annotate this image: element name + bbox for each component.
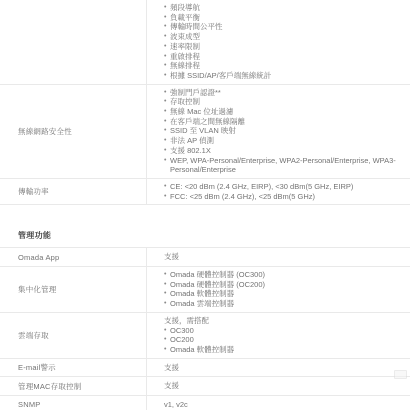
spec-page: 頻段導航負載平衡傳輸時間公平性波束成型速率限制重啟排程無線排程根據 SSID/A… [0, 0, 410, 410]
spec-row-value: 支援 [147, 248, 410, 266]
value-bullet-item: 在客戶端之間無線隔離 [164, 117, 404, 127]
value-text: v1, v2c [164, 400, 188, 410]
value-bullet-item: 重啟排程 [164, 52, 404, 62]
value-bullet-item: 頻段導航 [164, 3, 404, 13]
value-bullet-item: OC300 [164, 326, 404, 336]
spec-row-label: 集中化管理 [0, 267, 147, 312]
value-lead-text: 支援，需搭配 [164, 316, 404, 326]
spec-row: 無線網路安全性強制門戶認證**存取控制無線 Mac 位址過濾在客戶端之間無線隔離… [0, 85, 410, 179]
spec-row-label: 管理MAC存取控制 [0, 377, 147, 395]
spec-row-value: 支援 [147, 359, 410, 377]
spec-row-label: 無線網路安全性 [0, 85, 147, 178]
spec-row-value: CE: <20 dBm (2.4 GHz, EIRP), <30 dBm(5 G… [147, 179, 410, 204]
spec-row-label: SNMP [0, 396, 147, 410]
spec-row: 集中化管理Omada 硬體控制器 (OC300)Omada 硬體控制器 (OC2… [0, 267, 410, 313]
value-bullet-item: Omada 軟體控制器 [164, 345, 404, 355]
value-bullet-item: Omada 軟體控制器 [164, 289, 404, 299]
spec-row-value: 支援 [147, 377, 410, 395]
value-bullet-item: Omada 硬體控制器 (OC300) [164, 270, 404, 280]
value-bullet-item: SSID 至 VLAN 映射 [164, 126, 404, 136]
value-bullet-item: 非法 AP 偵測 [164, 136, 404, 146]
spec-row-label [0, 0, 147, 84]
spec-row: 頻段導航負載平衡傳輸時間公平性波束成型速率限制重啟排程無線排程根據 SSID/A… [0, 0, 410, 85]
value-text: 支援 [164, 252, 179, 262]
value-text: 支援 [164, 381, 179, 391]
section-gap [0, 205, 410, 218]
value-bullet-item: 無線排程 [164, 61, 404, 71]
value-bullet-item: WEP, WPA-Personal/Enterprise, WPA2-Perso… [164, 156, 404, 175]
spec-row: 雲端存取支援，需搭配OC300OC200Omada 軟體控制器 [0, 313, 410, 359]
spec-row-label: E-mail警示 [0, 359, 147, 377]
value-bullet-item: OC200 [164, 335, 404, 345]
spec-row: Omada App支援 [0, 248, 410, 267]
spec-row-value: 支援，需搭配OC300OC200Omada 軟體控制器 [147, 313, 410, 358]
spec-table: 頻段導航負載平衡傳輸時間公平性波束成型速率限制重啟排程無線排程根據 SSID/A… [0, 0, 410, 410]
spec-row: 管理MAC存取控制支援 [0, 377, 410, 396]
value-bullet-item: 根據 SSID/AP/客戶端無線統計 [164, 71, 404, 81]
spec-row: 傳輸功率CE: <20 dBm (2.4 GHz, EIRP), <30 dBm… [0, 179, 410, 205]
spec-row-value: v1, v2c [147, 396, 410, 410]
spec-row-label: Omada App [0, 248, 147, 266]
spec-row: SNMPv1, v2c [0, 396, 410, 410]
corner-widget-mark [394, 370, 407, 379]
value-bullet-item: 負載平衡 [164, 13, 404, 23]
value-bullet-item: 支援 802.1X [164, 146, 404, 156]
value-bullet-item: FCC: <25 dBm (2.4 GHz), <25 dBm(5 GHz) [164, 192, 404, 202]
value-bullet-item: CE: <20 dBm (2.4 GHz, EIRP), <30 dBm(5 G… [164, 182, 404, 192]
section-header: 管理功能 [0, 218, 410, 248]
value-bullet-item: 存取控制 [164, 97, 404, 107]
value-bullet-item: 強制門戶認證** [164, 88, 404, 98]
value-text: 支援 [164, 363, 179, 373]
value-bullet-item: 傳輸時間公平性 [164, 22, 404, 32]
spec-row-value: Omada 硬體控制器 (OC300)Omada 硬體控制器 (OC200)Om… [147, 267, 410, 312]
value-bullet-item: 速率限制 [164, 42, 404, 52]
value-bullet-item: Omada 雲端控制器 [164, 299, 404, 309]
value-bullet-item: 波束成型 [164, 32, 404, 42]
value-bullet-item: Omada 硬體控制器 (OC200) [164, 280, 404, 290]
spec-row-value: 頻段導航負載平衡傳輸時間公平性波束成型速率限制重啟排程無線排程根據 SSID/A… [147, 0, 410, 84]
value-bullet-item: 無線 Mac 位址過濾 [164, 107, 404, 117]
spec-row-label: 雲端存取 [0, 313, 147, 358]
spec-row-value: 強制門戶認證**存取控制無線 Mac 位址過濾在客戶端之間無線隔離SSID 至 … [147, 85, 410, 178]
spec-row: E-mail警示支援 [0, 359, 410, 378]
spec-row-label: 傳輸功率 [0, 179, 147, 204]
